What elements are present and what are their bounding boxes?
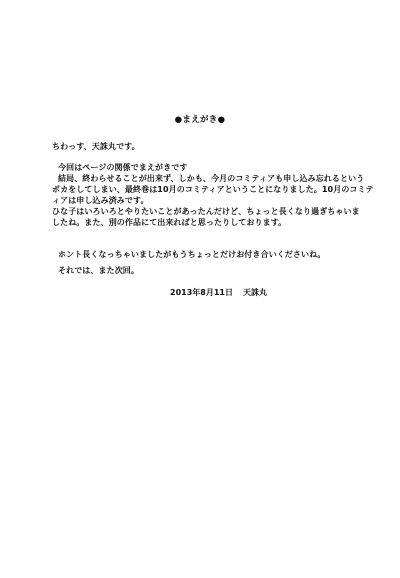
date-signature-line: 2013年8月11日天誅丸: [170, 287, 267, 298]
paragraph-line: ホント長くなっちゃいましたがもうちょっとだけお付き合いくださいね。: [58, 250, 325, 260]
paragraph-line: 結局、終わらせることが出来ず、しかも、今月のコミティアも申し込み忘れるという: [58, 174, 364, 184]
paragraph-line: ィアは申し込み済みです。: [52, 196, 149, 206]
page-heading: ●まえがき●: [0, 113, 400, 125]
date-text: 2013年8月11日: [170, 288, 233, 297]
paragraph-line: 今回はページの関係でまえがきです: [58, 163, 187, 173]
greeting-line: ちわっす、天誅丸です。: [52, 142, 140, 152]
paragraph-line: したね。また、別の作品にて出来ればと思ったりしております。: [52, 218, 286, 228]
closing-line: それでは、また次回。: [58, 266, 139, 276]
paragraph-line: ポカをしてしまい、最終巻は10月のコミティアということになりました。10月のコミ…: [52, 185, 374, 195]
signature-text: 天誅丸: [243, 288, 267, 297]
document-page: ●まえがき● ちわっす、天誅丸です。 今回はページの関係でまえがきです 結局、終…: [0, 0, 400, 578]
paragraph-line: ひな子はいろいろとやりたいことがあったんだけど、ちょっと長くなり過ぎちゃいま: [52, 207, 360, 217]
